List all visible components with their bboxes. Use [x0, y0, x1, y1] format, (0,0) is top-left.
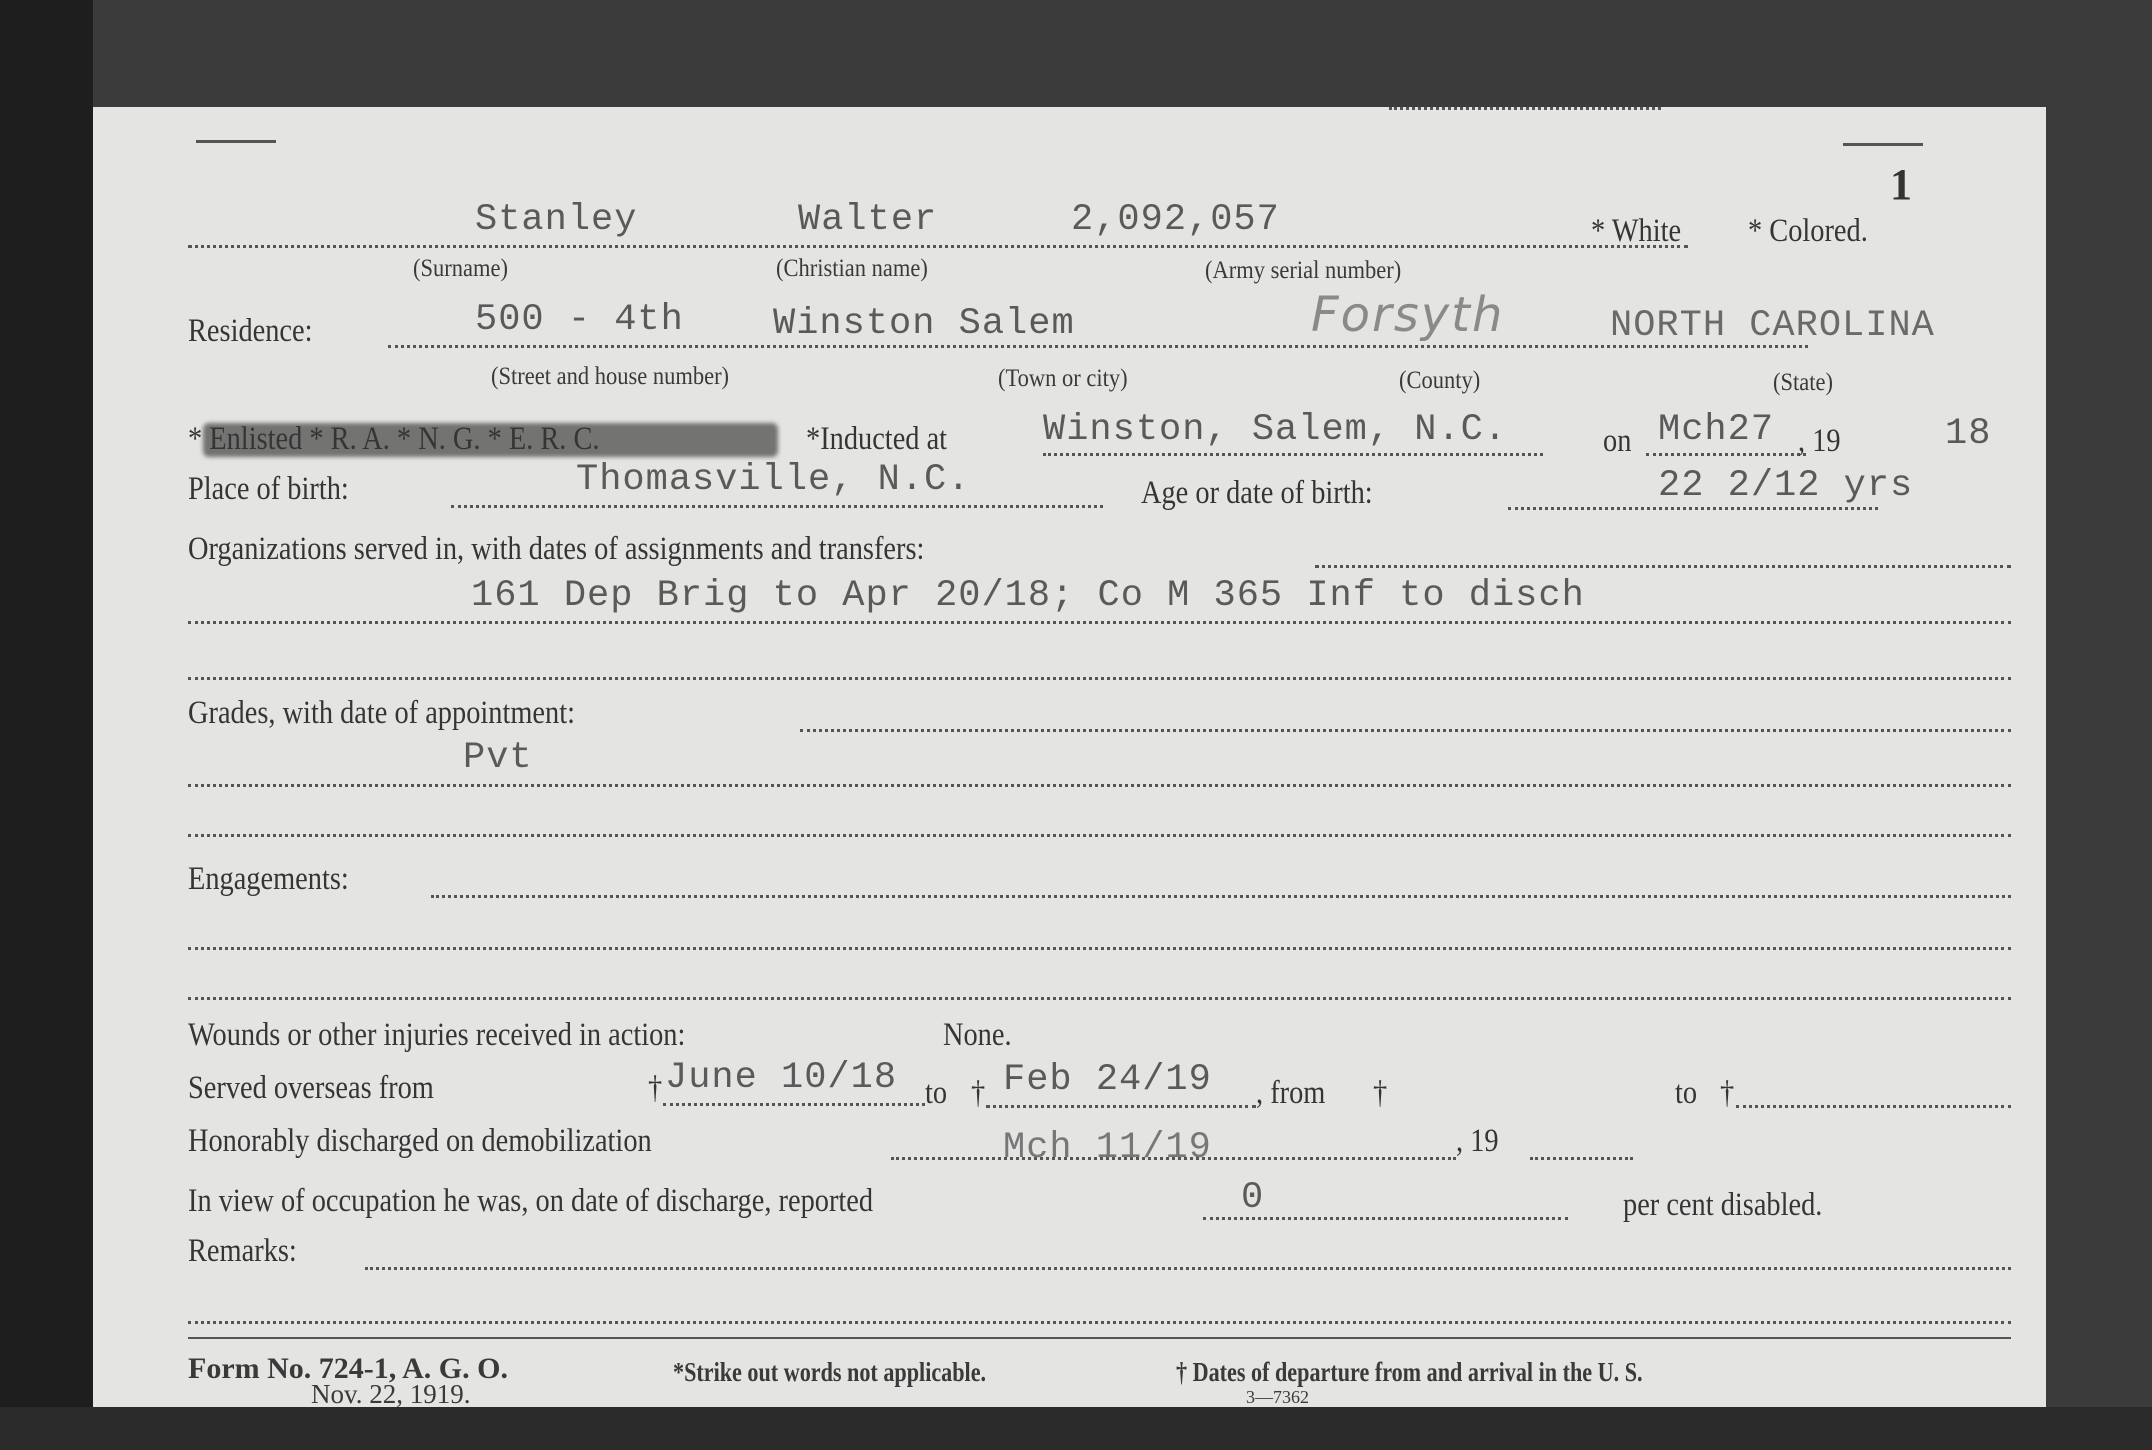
enlisted-options-struck: * Enlisted * R. A. * N. G. * E. R. C. [188, 421, 600, 458]
engagements-label: Engagements: [188, 861, 349, 898]
overseas-departure-value: June 10/18 [665, 1057, 897, 1099]
organizations-label: Organizations served in, with dates of a… [188, 531, 924, 568]
overseas-to-line-2[interactable] [1736, 1105, 2011, 1108]
overseas-from-line-2[interactable] [1389, 107, 1661, 110]
state-label: (State) [1773, 369, 1833, 397]
disability-suffix: per cent disabled. [1623, 1187, 1822, 1224]
street-label: (Street and house number) [491, 363, 729, 391]
disability-label: In view of occupation he was, on date of… [188, 1183, 873, 1220]
engagements-line-2 [188, 947, 2011, 950]
age-line [1508, 507, 1878, 510]
inducted-place-line [1043, 453, 1543, 456]
induction-date-value: Mch27 [1658, 409, 1774, 451]
page-number: 1 [1890, 159, 1912, 210]
served-overseas-label: Served overseas from [188, 1070, 434, 1107]
grades-line-3 [188, 834, 2011, 837]
induction-date-line [1646, 453, 1806, 456]
remarks-line-1[interactable] [365, 1267, 2011, 1270]
discharge-year-prefix: , 19 [1456, 1123, 1499, 1160]
surname-value: Stanley [475, 199, 637, 241]
grade-entry: Pvt [463, 737, 533, 779]
service-record-card: 1 Stanley Walter 2,092,057 * White * Col… [93, 107, 2046, 1407]
print-code: 3—7362 [1246, 1387, 1309, 1408]
name-line [188, 245, 1688, 248]
dagger-note: † Dates of departure from and arrival in… [1176, 1357, 1643, 1388]
town-value: Winston Salem [773, 303, 1075, 345]
form-date: Nov. 22, 1919. [311, 1379, 471, 1410]
christian-name-label: (Christian name) [776, 255, 928, 283]
overseas-to-label-2: to [1675, 1075, 1697, 1112]
inducted-at-label: *Inducted at [806, 421, 947, 458]
place-of-birth-line [451, 505, 1103, 508]
discharge-label: Honorably discharged on demobilization [188, 1123, 652, 1160]
remarks-line-2[interactable] [188, 1321, 2011, 1324]
strike-out-note: *Strike out words not applicable. [673, 1357, 986, 1388]
county-value: Forsyth [1311, 287, 1504, 343]
place-of-birth-value: Thomasville, N.C. [576, 459, 970, 501]
residence-line [388, 345, 1808, 348]
engagements-line-1 [431, 895, 2011, 898]
dagger-4: † [1720, 1075, 1734, 1112]
engagements-line-3 [188, 997, 2011, 1000]
overseas-to-line-1 [986, 1105, 1256, 1108]
organizations-line-2 [188, 621, 2011, 624]
on-label: on [1603, 423, 1631, 460]
christian-name-value: Walter [798, 199, 937, 241]
county-label: (County) [1399, 367, 1480, 395]
serial-number-label: (Army serial number) [1205, 257, 1401, 285]
dagger-3: † [1373, 1075, 1387, 1112]
overseas-from-line-1 [663, 1103, 925, 1106]
disability-value: 0 [1241, 1177, 1264, 1219]
scanner-background-left [0, 0, 93, 1450]
inducted-place-value: Winston, Salem, N.C. [1043, 409, 1507, 451]
overseas-to-label-1: to [925, 1075, 947, 1112]
overseas-from-label-2: , from [1256, 1075, 1325, 1112]
street-value: 500 - 4th [475, 299, 684, 341]
top-left-rule [196, 140, 276, 143]
race-option-colored: * Colored. [1748, 213, 1868, 250]
organizations-line-3 [188, 677, 2011, 680]
discharge-date-value: Mch 11/19 [1003, 1127, 1212, 1169]
organization-entry: 161 Dep Brig to Apr 20/18; Co M 365 Inf … [471, 575, 1585, 617]
scanner-background-bottom [0, 1407, 2152, 1450]
remarks-label: Remarks: [188, 1233, 297, 1270]
organizations-line-1 [1315, 565, 2011, 568]
wounds-value: None. [943, 1017, 1012, 1054]
age-value: 22 2/12 yrs [1658, 465, 1913, 507]
residence-label: Residence: [188, 313, 313, 350]
dagger-1: † [648, 1070, 662, 1107]
wounds-label: Wounds or other injuries received in act… [188, 1017, 685, 1054]
town-label: (Town or city) [998, 365, 1128, 393]
overseas-return-value: Feb 24/19 [1003, 1059, 1212, 1101]
age-label: Age or date of birth: [1141, 475, 1373, 512]
grades-line-2 [188, 784, 2011, 787]
dagger-2: † [971, 1075, 985, 1112]
induction-year-value: 18 [1945, 413, 1991, 455]
top-right-rule [1843, 143, 1923, 146]
place-of-birth-label: Place of birth: [188, 471, 349, 508]
grades-line-1 [800, 729, 2011, 732]
surname-label: (Surname) [413, 255, 508, 283]
year-prefix: , 19 [1798, 423, 1841, 460]
serial-number-value: 2,092,057 [1071, 199, 1280, 241]
grades-label: Grades, with date of appointment: [188, 695, 575, 732]
race-option-white: * White [1591, 213, 1681, 250]
footer-rule [188, 1337, 2011, 1339]
state-value: NORTH CAROLINA [1610, 305, 1935, 347]
discharge-year-line[interactable] [1530, 1157, 1633, 1160]
